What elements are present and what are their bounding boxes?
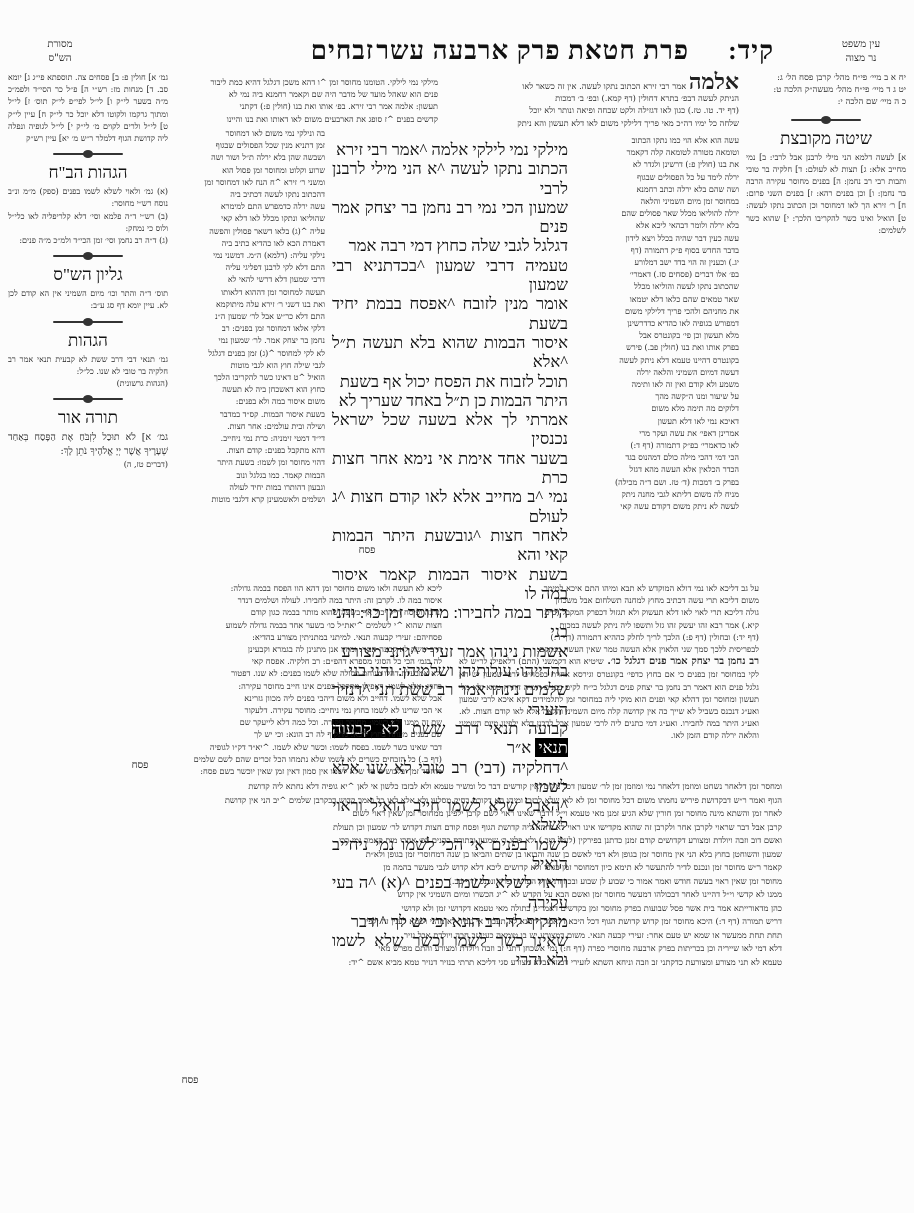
footer-line: ואשם דוב וזבה ויולדת ומצורע דקדושים קודם…	[122, 834, 782, 848]
bach-entry: (א) גמ׳ ולאוי לשלא לשמו בפנים (ספק) מ״מ …	[8, 186, 168, 210]
footer-line: קאמר ר״ש מחוסר זמן ונכנס לדיר להתעשר לא …	[122, 861, 782, 875]
rashi-line: בפ׳ אלו דברים (פסחים סז.) דאמרי׳	[581, 269, 739, 281]
tosafot-line: שם בפנים מעתה בחוץ ליכא: מתקיף לה רב הונ…	[122, 728, 442, 740]
gemara-line: דגלגל לגבי שלה כחוץ דמי רבה אמר	[332, 236, 568, 255]
rashi-line: משמע ולא קודם ואין זה לאו ותימה	[581, 379, 739, 391]
tosafot-line: הבמות קאמר. כמו בגלגל ונוב	[175, 470, 325, 482]
gemara-line: איסור הבמות שהוא בלא תעשה ת״ל ^אלא	[332, 333, 568, 372]
footer-line: שמעון והשוחטן בחוץ בלא הני אין מחוסר זמן…	[122, 848, 782, 862]
rashi-line: דעשה דמיום השמיני והלאה ירלה	[581, 367, 739, 379]
torah-or-text: גמ׳ א] לֹא תוּכַל לִזְבֹּחַ אֶת הַפָּסַח…	[8, 431, 168, 459]
rashi-line: את מחניהם ולהכי פריך דלילקי משום	[581, 306, 739, 318]
tosafot-column: בה ונילקי נמי משום לאו דמחוסרזמן דתניא מ…	[175, 128, 325, 506]
tosafot-line: פסחיהם: זעירי קבעוה תנאי. למיתני במתניתי…	[122, 631, 442, 643]
tosafot-line: דבר שאינו כשר לשמו. בפסח לשמו: וכשר שלא …	[122, 741, 442, 753]
tosafot-top-line: פנים הוא שאהל מועד של מדבר היה שם וקאמר …	[170, 88, 438, 100]
rashi-line: ירלה לימד על כל הפסולים שבגוף	[581, 172, 739, 184]
gilyon-text: תוס׳ ד״ה והתר וכו׳ מיום השמיני אין הא קו…	[8, 288, 168, 312]
tosafot-line: נחמן בר יצחק אמר. לר׳ שמעון נמי	[175, 335, 325, 347]
tosafot-top-line: קדשים בפנים ^ז סופג את הארבעים משום לאו …	[170, 113, 438, 125]
masoret-label: מסורת	[30, 38, 90, 52]
tosafot-line: כחוץ הוא דאשכחן ביה לא תעשה	[175, 384, 325, 396]
tosafot-top: מילקי נמי לילקי. הטומנו מחוסר זמן ^ו דהא…	[170, 76, 438, 125]
footer-end-word: פסח	[170, 1075, 210, 1086]
rashi-top-line: אמר רבי זירא הכתוב נתקו לעשה. אין זה כשא…	[522, 81, 686, 91]
gemara-line: היתר הבמות כן ת״ל באחד שעריך לא	[332, 391, 568, 410]
tosafot-line: ונדבה ופיסח ה״ק יכול אף בשעה שהוא מותר ב…	[122, 606, 442, 618]
tosafot-end-word: פסח	[120, 760, 160, 771]
rashi-top-line: שלחה כל ימיו דה״כ מאי פריך דלילקי משום ל…	[427, 117, 739, 129]
tosafot-line: לה בגמ׳ הכי כל הסוגי מספרא דהפ״ם: רב חלק…	[122, 655, 442, 667]
gemara-line: תוכל לזבוח את הפסח יכול אף בשעת	[332, 372, 568, 391]
tosafot-line: דהכתוב נתקו לעשה דכתיב ביה	[175, 189, 325, 201]
rashi-bottom: על גב דליכא לאו נמי דולא המוקדש לא תבא ו…	[459, 582, 759, 742]
rashi-line: דלוקים מה תימה מלא משום	[581, 403, 739, 415]
tosafot-line: דרבי שמעון דלא דרשי להאי לא	[175, 274, 325, 286]
tosafot-line: דרב ששת לא קבעה תנאי. ומיהו אנן מתנינן ל…	[122, 643, 442, 655]
bach-entry: (ב) רש״י ד״ה פלמא וסי׳ דלא קלריפליה לאו …	[8, 211, 168, 235]
rashi-line: עשה כעין דבר שהיה בכלל ויצא לידון	[581, 233, 739, 245]
tosafot-top-block: מילקי נמי לילקי. הטומנו מחוסר זמן ^ו דהא…	[170, 76, 438, 125]
tosafot-line: תעשה למחוסר זמן דההוא דלאותו	[175, 287, 325, 299]
daf-number: קיד:	[728, 36, 774, 66]
rashi-line: הכדר הכלאין אלא העשה מהא דגזל	[581, 464, 739, 476]
rashi-line: דמפורש בגופיה לאו כהדיא כדדרשינן	[581, 318, 739, 330]
rashi-line: דאיכא נמי לאו דלא תעשון	[581, 416, 739, 428]
tosafot-line: לא לקי למחוסר ^(ג) זמן בפנים דגלגל	[175, 348, 325, 360]
footer-line: ממנו לא קדשי וי״ל דהיינו לאחר דבכולהו דמ…	[122, 888, 782, 902]
tosafot-line: ליכא לא תעשה ולאו משום מחוסר זמן דהא הוו…	[122, 582, 442, 594]
footer-line: טעמא לא תני מצורע ומצורעת כדקתני זב וזבה…	[122, 956, 782, 970]
ornament-divider	[8, 317, 168, 327]
tosafot-line: מוחסר זמן ובלבושים עד שלא לשמו אין סמון …	[122, 765, 442, 777]
tosafot-line: בחוץ: אלא לשמו. דאפילו מתקבל בפנים אינו …	[122, 680, 442, 692]
tosafot-line: שרוע וקלוט ומחוסר זמן פסול הוא	[175, 165, 325, 177]
rashi-text: שיטיא הוא דקמשני (התם) דלאפילו לר״ש לא ל…	[459, 656, 759, 740]
tosafot-line: זמן דתניא מנין שכל הפסולים שבגוף	[175, 140, 325, 152]
ein-mishpat-entry: יח א ב מיי׳ פי״ח מהל׳ קרבן פסח הל׳ ג:	[746, 72, 906, 84]
hagahot-title: הגהות	[8, 331, 168, 351]
ornament-divider	[8, 251, 168, 261]
tosafot-line: התם דלא כר״ש אבל לר׳ שמעון ה״נ	[175, 311, 325, 323]
tosafot-line: עשה ירלה כדמפרש התם למימרא	[175, 201, 325, 213]
rashi-line: על גב דליכא לאו נמי דולא המוקדש לא תבא ו…	[459, 582, 759, 594]
tosafot-line: חצות שהוא ^י לשלמים ^יאת״ל כו׳ בשער אחד …	[122, 619, 442, 631]
hagahot-source: (הגהות גרשונית)	[8, 378, 168, 390]
rashi-top-block: אלמה אמר רבי זירא הכתוב נתקו לעשה. אין ז…	[427, 76, 739, 129]
tosafot-line: איסור במה לו. לקרבן זה: היתר במה לחבירו.…	[122, 594, 442, 606]
rashi-line: מלא תעשון וכן פי׳ בקונטרס אבל	[581, 330, 739, 342]
rashi-line: בפרק אותו ואת בנו (חולין פב.) פירש	[581, 342, 739, 354]
ein-mishpat-header: עין משפט נר מצוה	[826, 38, 896, 66]
footer-line: תחת תחת ממעשר או שמא יש טעם אחר: זעירי ק…	[122, 929, 782, 943]
rashi-line: וטומאה מטורה לטומאה קלה דקאמר	[581, 147, 739, 159]
footer-line: דריש תמורה (דף ד:) היכא מחוסר זמן קדוש ק…	[122, 915, 782, 929]
tosafot-line: אבל שלא לשמו. דחייב ולא משום דיהבי בפנים…	[122, 692, 442, 704]
rashi-line: גולה דליכא תרי לאוי לאו דלא תעשוק ולא תג…	[459, 606, 759, 618]
left-margin: גמ׳ א] חולין פ: ב] פסחים צה. תוספתא פי״ג…	[8, 72, 168, 471]
tosafot-line: התם דלא לקי לרבנן דפליגי עליה	[175, 262, 325, 274]
hashas-label: הש"ס	[30, 52, 90, 66]
ein-mishpat-entries: יח א ב מיי׳ פי״ח מהל׳ קרבן פסח הל׳ ג: יט…	[746, 72, 906, 109]
ornament-divider	[746, 115, 906, 125]
tosafot-line: בה ונילקי נמי משום לאו דמחוסר	[175, 128, 325, 140]
rashi-line: שהכתוב נתקו לעשה והוליאו מכלל	[581, 281, 739, 293]
gemara-line: טעמיה דרבי שמעון ^בכדתניא רבי שמעון	[332, 256, 568, 295]
hagahot-text: גמ׳ תנאי דבי דרב ששת לא קבעית תנאי אמר ר…	[8, 354, 168, 378]
rashi-line: לאו כדאמרי׳ בפ״ק דתמורה (דף ד:)	[581, 440, 739, 452]
rashi-line: יג.) וכענין זה הוי בדד ישב דמלורע	[581, 257, 739, 269]
footer-line: קרבן אבל דבר שראוי לקרבן אחר ולקרבן זה ש…	[122, 821, 782, 835]
rashi-line: אמרינן דאפי׳ את עשה ועקר מרי	[581, 428, 739, 440]
ein-mishpat-entry: כ ה מיי׳ שם הלכה י:	[746, 96, 906, 108]
footer-commentary: ומחסר זמן דלאחר נשחט ומוזמן דלאחר נמי ומ…	[122, 780, 782, 969]
rashi-column: עשה הוא אלא הוי כמו נתקו הכתובוטומאה מטו…	[581, 135, 739, 513]
gemara-line: בשער אחד אימת אי נימא אחר חצות כרת	[332, 449, 568, 488]
gemara-line: מילקי נמי לילקי אלמה ^אמר רבי זירא	[332, 140, 568, 159]
masoret-text: גמ׳ א] חולין פ: ב] פסחים צה. תוספתא פי״ג…	[8, 72, 168, 145]
chapter-title: פרת חטאת פרק ארבעה עשר	[376, 36, 689, 66]
gemara-line: אמרתי לך אלא בשעה שכל ישראל נכנסין	[332, 410, 568, 449]
right-margin: יח א ב מיי׳ פי״ח מהל׳ קרבן פסח הל׳ ג: יט…	[746, 72, 906, 237]
rashi-line: ושה שהם בלא ירלה וכתב רחמנא	[581, 184, 739, 196]
ein-mishpat-label: עין משפט	[826, 38, 896, 52]
ein-mishpat-entry: יט ג ד מיי׳ פי״ח מהל׳ מעשה״ק הלכה ט:	[746, 84, 906, 96]
rashi-line: לבפריסית ללכך סמך שני הלאוין אלא העשה טמ…	[459, 643, 759, 655]
ner-mitzva-label: נר מצוה	[826, 52, 896, 66]
footer-line: כהן מדאורייתא אמר בית אשר פסל שבועות בפר…	[122, 902, 782, 916]
rashi-line: בקונטרס דהיינו טעמא דלא ניתק לעשה	[581, 355, 739, 367]
tosafot-line: דהוי מחוסר זמן לשמו: בשעת היתר	[175, 457, 325, 469]
rashi-line: (דף יד:) ובחולין (דף פ:) הלכך לריך לחלק …	[459, 631, 759, 643]
tosafot-top-line: מילקי נמי לילקי. הטומנו מחוסר זמן ^ו דהא…	[170, 76, 438, 88]
tosafot-line: משום איסור במה ולא בפנים:	[175, 396, 325, 408]
rashi-line: הכי דמי דהכי מילה כולם דמהנוס בגד	[581, 452, 739, 464]
tosafot-line: וגבעון דהותרו במות יחיד לעולה	[175, 482, 325, 494]
torah-or-source: (דברים טז, ה)	[8, 459, 168, 471]
tosafot-bottom: ליכא לא תעשה ולאו משום מחוסר זמן דהא הוו…	[122, 582, 442, 777]
rashi-line: בדבר החדש בסוף פ״ק דתמורה (דף	[581, 245, 739, 257]
torah-or-title: תורה אור	[8, 408, 168, 428]
rashi-line: משום דליכא תרי עשה דכתיב מחוץ למחנה תשלח…	[459, 594, 759, 606]
rashi-line: בלא ירלה ולומר דבהאי ליכא אלא	[581, 220, 739, 232]
rashi-line: את בנו (חולין פ:) דרשינן ולגדר לא	[581, 159, 739, 171]
rashi-line: מניח לה משום דליתא לגבי מחנה ניתק	[581, 489, 739, 501]
gemara-line: הכתוב נתקו לעשה ^א הני מילי לרבנן לרבי	[332, 159, 568, 198]
tosafot-line: דאמרת הכא לאו כהדיא כתיב ביה	[175, 238, 325, 250]
gemara-line: שמעון הכי נמי רב נחמן בר יצחק אמר פנים	[332, 198, 568, 237]
masoret-header: מסורת הש"ס	[30, 38, 90, 66]
ornament-divider	[8, 149, 168, 159]
tosafot-line: לגבי שילה חוץ הוא לגבי מוטות	[175, 360, 325, 372]
rashi-top-line: (דף יד. טו. טז.) כגון לאו דגזילה ולקט שכ…	[427, 104, 739, 116]
rashi-line: לעשה לא ניתק משום דקודם עשה קאי	[581, 501, 739, 513]
tosafot-line: עליה ^(ג) בלאו דשאר פסולין והפשה	[175, 226, 325, 238]
bach-entries: (א) גמ׳ ולאוי לשלא לשמו בפנים (ספק) מ״מ …	[8, 186, 168, 247]
rashi-line: קיא.) אמר רבא זהו יעשק זהו גזל ותשפו ליה…	[459, 619, 759, 631]
gemara-line: אומר מנין לזובח ^אפסח בבמת יחיד בשעת	[332, 294, 568, 333]
bach-entry: (ג) ד״ה רב נחמן וסי׳ זמן הכי״ד ולמ״כ מ״ה…	[8, 235, 168, 247]
rashi-line: ירלה להוליאו מכלל שאר פסולים שהם	[581, 208, 739, 220]
footer-line: לאחר זמן והשתא מינה מחוסר זמן חורין שלא …	[122, 807, 782, 821]
rashi-line: שאר טמאים שהם כלאו דלא יטמאו	[581, 294, 739, 306]
rashi-line: עשה הוא אלא הוי כמו נתקו הכתוב	[581, 135, 739, 147]
tractate-title: זבחים	[311, 36, 374, 66]
rashi-top-line: הניתק לעשה דבפ׳ בתרא דחולין (דף קמא.) וב…	[427, 92, 739, 104]
shita-title: שיטה מקובצת	[746, 129, 906, 149]
tosafot-line: (דף ב.) כל הזבחים כשרים לא לשמו שלא נתמח…	[122, 753, 442, 765]
tosafot-line: נילקי עליה: (דלמא) ה״מ. דמשני נמי	[175, 250, 325, 262]
footer-line: ומחסר זמן דלאחר נשחט ומוזמן דלאחר נמי ומ…	[122, 780, 782, 794]
rashi-line: במחוסר זמן מיום השמיני והלאה	[581, 196, 739, 208]
tosafot-line: שהוליאו ונתקו מכלל לאו דלא קאי	[175, 213, 325, 225]
gilyon-title: גליון הש"ס	[8, 265, 168, 285]
tosafot-line: די״ד דמטי זימניה: כרת נמי ניחייב.	[175, 433, 325, 445]
tosafot-line: ושלמים ולאשמעינן קרא דלגבי מוטות	[175, 494, 325, 506]
tosafot-line: שם זה ממנו ולא לשמו: מחוסר עקירה. וכל כמ…	[122, 716, 442, 728]
footer-line: הגוף ואמר ר״ש דבקדושת פיריש נחמתו משום ד…	[122, 794, 782, 808]
tosafot-line: דהא מתקבל בפנים: קודם חצות.	[175, 445, 325, 457]
ornament-divider	[8, 394, 168, 404]
tosafot-line: בשעת איסור הבמות. קס״ד במדבר	[175, 409, 325, 421]
gemara-end-word: פסח	[337, 545, 397, 556]
tosafot-line: אי הכי שרינו לא לשמו בחוץ נמי ניחייב: מח…	[122, 704, 442, 716]
rashi-opening-word: אלמה	[689, 69, 739, 94]
tosafot-top-line: תעשון: אלמה אמר רבי זירא. בפ׳ אותו ואת ב…	[170, 100, 438, 112]
tosafot-line: ושילה ובית עולמים: אחר חצות.	[175, 421, 325, 433]
tosafot-line: ואת בנו דשני ר׳ זירא עלה מיתוקמא	[175, 299, 325, 311]
shita-text: א] לעשה דלמא הני מילי לרבנן אבל לרבי: ב]…	[746, 152, 906, 237]
rashi-dibur-hamatchil: רב נחמן בר יצחק אמר פנים דגלגל כו׳.	[604, 656, 759, 667]
rashi-line: על שיעור ומנו ה״קשה מהך	[581, 391, 739, 403]
gemara-line: נמי ^ב מחייב אלא לאו קודם חצות ^ג לעולם	[332, 487, 568, 526]
bach-title: הגהות הב"ח	[8, 163, 168, 183]
rashi-line: בפרק ב׳ דמכות (ד׳ טז. ושם ד״ה מכילה)	[581, 477, 739, 489]
tosafot-line: דלקי אלאו דמחוסר זמן בפנים: רב	[175, 323, 325, 335]
footer-line: מחוסר זמן שאין ראוי בעשה חודש ואמר אמור …	[122, 875, 782, 889]
tosafot-line: הואיל ^ט דאינו כשר להקריבו הלכך	[175, 372, 325, 384]
tosafot-line: ומשני ר׳ זירא ^ח הנח לאו דמחוסר זמן	[175, 177, 325, 189]
rashi-top: אלמה אמר רבי זירא הכתוב נתקו לעשה. אין ז…	[427, 76, 739, 129]
tosafot-line: ושבשה שהן בלא ירלה ת״ל ושור ושה	[175, 152, 325, 164]
tosafot-line: ולא אמבעלת דהלו מנוחת פסולה שלא לשמו בפנ…	[122, 667, 442, 679]
footer-line: דלא דמי לאו שייריה וכן בכריתות בפרק ארבע…	[122, 942, 782, 956]
